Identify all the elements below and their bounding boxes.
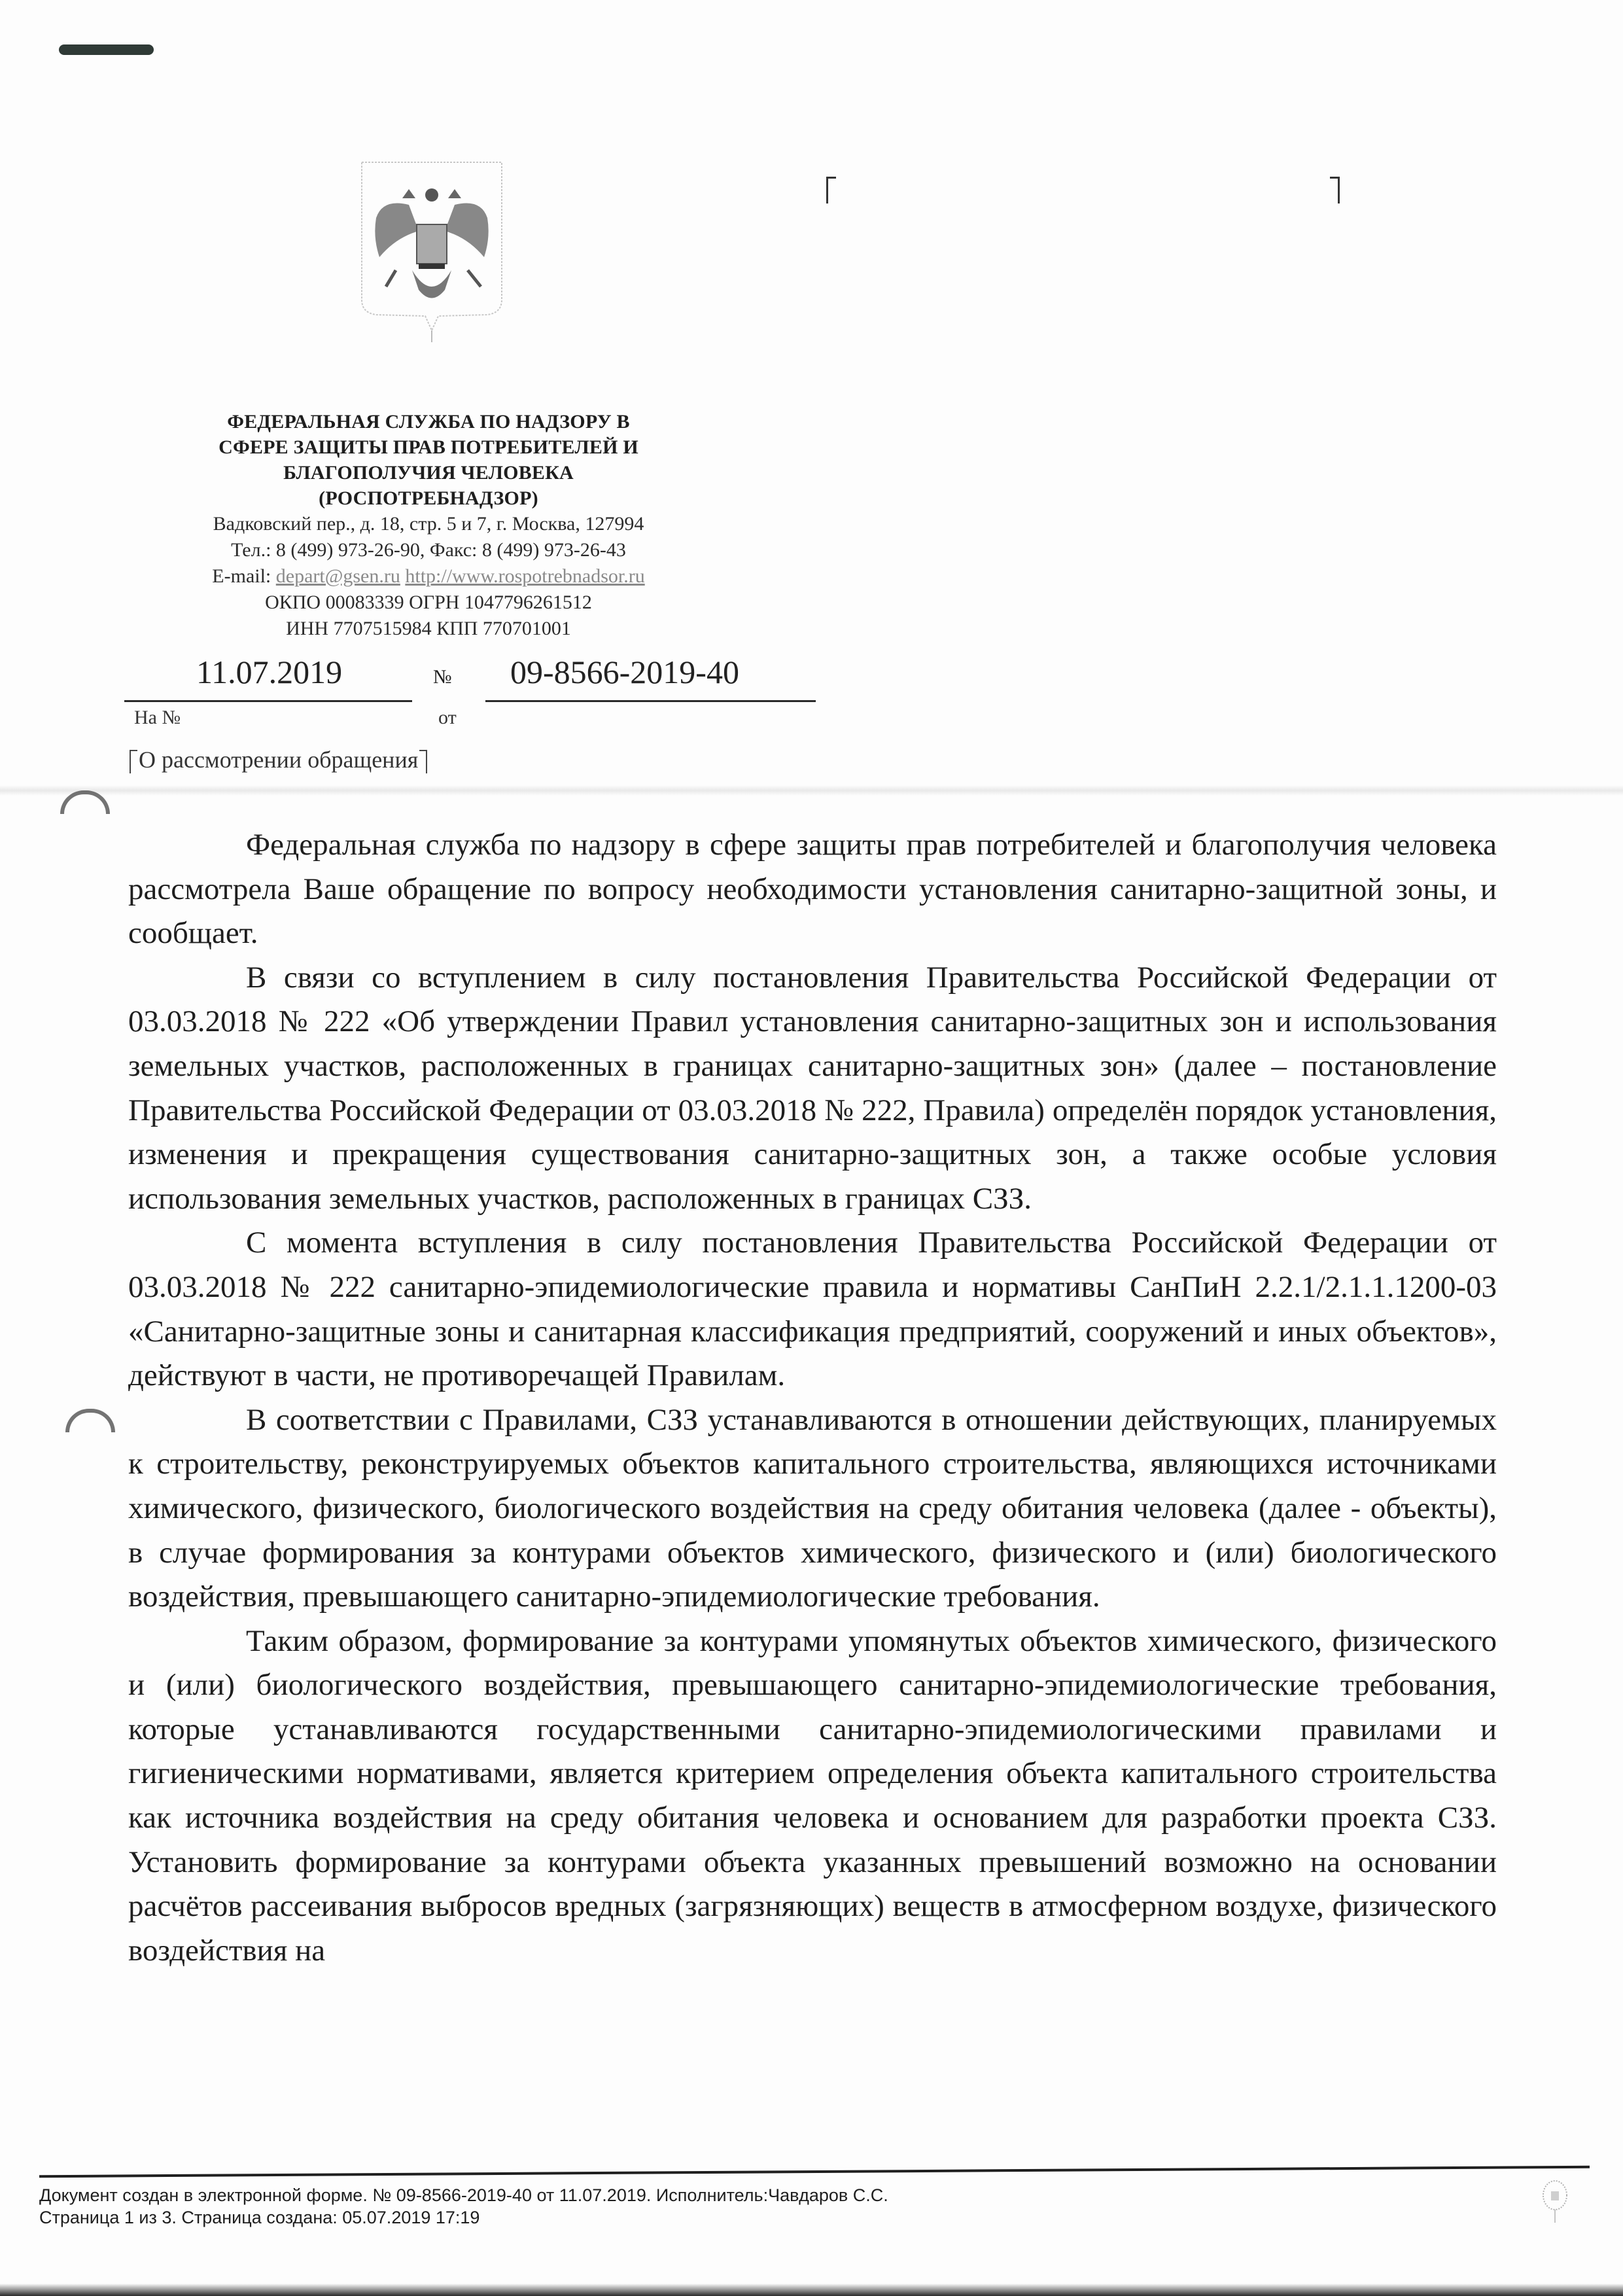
website-link[interactable]: http://www.rospotrebnadsor.ru	[405, 565, 644, 587]
staple-mark	[59, 44, 154, 55]
hole-punch-mark	[65, 1409, 115, 1432]
date-underline	[124, 700, 412, 702]
org-inn-kpp: ИНН 7707515984 КПП 770701001	[131, 616, 726, 642]
letter-body: Федеральная служба по надзору в сфере за…	[128, 823, 1497, 1973]
subject-line: О рассмотрении обращения	[130, 746, 427, 773]
fold-crease	[0, 785, 1623, 796]
org-name-line: СФЕРЕ ЗАЩИТЫ ПРАВ ПОТРЕБИТЕЛЕЙ И	[131, 434, 726, 460]
body-paragraph: В соответствии с Правилами, СЗЗ устанавл…	[128, 1398, 1497, 1619]
org-okpo-ogrn: ОКПО 00083339 ОГРН 1047796261512	[131, 590, 726, 616]
org-name-line: (РОСПОТРЕБНАДЗОР)	[131, 486, 726, 511]
org-phone-fax: Тел.: 8 (499) 973-26-90, Факс: 8 (499) 9…	[131, 537, 726, 563]
footer-page-info: Страница 1 из 3. Страница создана: 05.07…	[39, 2206, 888, 2229]
footer: Документ создан в электронной форме. № 0…	[39, 2184, 888, 2229]
org-address: Вадковский пер., д. 18, стр. 5 и 7, г. М…	[131, 511, 726, 537]
letterhead: ФЕДЕРАЛЬНАЯ СЛУЖБА ПО НАДЗОРУ В СФЕРЕ ЗА…	[131, 409, 726, 642]
scan-bottom-edge	[0, 2284, 1623, 2296]
small-emblem-icon	[1541, 2176, 1570, 2225]
body-paragraph: Таким образом, формирование за контурами…	[128, 1619, 1497, 1973]
email-link[interactable]: depart@gsen.ru	[276, 565, 400, 587]
number-underline	[485, 700, 816, 702]
body-paragraph: В связи со вступлением в силу постановле…	[128, 956, 1497, 1222]
footer-document-info: Документ создан в электронной форме. № 0…	[39, 2184, 888, 2206]
org-name-line: ФЕДЕРАЛЬНАЯ СЛУЖБА ПО НАДЗОРУ В	[131, 409, 726, 434]
registration-date: 11.07.2019	[196, 653, 342, 691]
number-sign: №	[433, 666, 452, 688]
reply-from-label: от	[438, 707, 457, 729]
body-paragraph: Федеральная служба по надзору в сфере за…	[128, 823, 1497, 956]
addressee-bracket-right	[1330, 177, 1340, 203]
addressee-bracket-left	[826, 177, 836, 203]
body-paragraph: С момента вступления в силу постановлени…	[128, 1221, 1497, 1398]
org-contacts: E-mail: depart@gsen.ru http://www.rospot…	[131, 563, 726, 590]
org-name-line: БЛАГОПОЛУЧИЯ ЧЕЛОВЕКА	[131, 460, 726, 486]
email-label: E-mail:	[212, 565, 271, 587]
footer-divider	[39, 2166, 1590, 2178]
russian-coat-of-arms-icon	[357, 159, 507, 345]
reply-to-label: На №	[134, 707, 181, 729]
registration-number: 09-8566-2019-40	[510, 653, 739, 691]
